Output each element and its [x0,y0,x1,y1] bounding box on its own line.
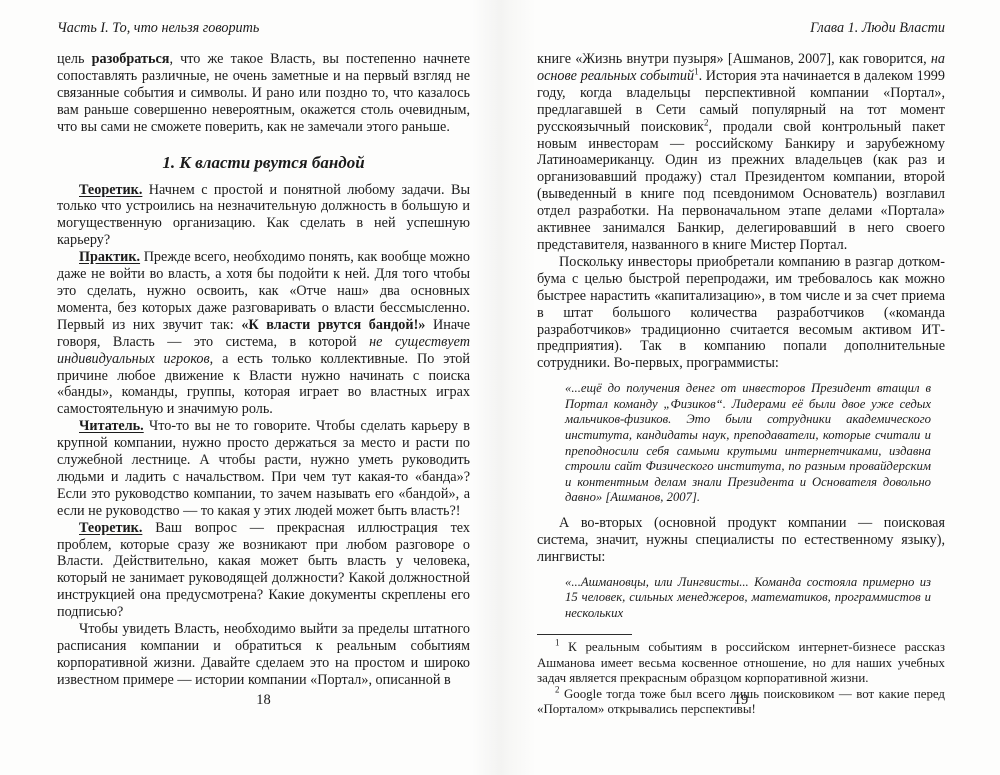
page-right-content: книге «Жизнь внутри пузыря» [Ашманов, 20… [537,51,945,718]
book-spread: Часть I. То, что нельзя говорить цель ра… [0,0,1000,775]
page-left-content: цель разобраться, что же такое Власть, в… [57,51,470,689]
running-head-right: Глава 1. Люди Власти [537,20,945,37]
section-heading: 1. К власти рвутся бандой [57,152,470,173]
footnote: 1 К реальным событиям в российском интер… [537,640,945,686]
book-gutter-shadow [472,0,536,775]
page-right: Глава 1. Люди Власти книге «Жизнь внутри… [537,20,945,718]
page-left: Часть I. То, что нельзя говорить цель ра… [57,20,470,689]
paragraph: Чтобы увидеть Власть, необходимо выйти з… [57,621,470,689]
footnote-separator [537,634,632,635]
paragraph: Теоретик. Ваш вопрос — прекрасная иллюст… [57,520,470,621]
quote-paragraph: «...ещё до получения денег от инвесторов… [565,381,931,506]
quote-paragraph: «...Ашмановцы, или Лингвисты... Команда … [565,575,931,622]
paragraph: А во-вторых (основной продукт компании —… [537,515,945,566]
paragraph: книге «Жизнь внутри пузыря» [Ашманов, 20… [537,51,945,254]
paragraph: Практик. Прежде всего, необходимо понять… [57,249,470,418]
paragraph: Поскольку инвесторы приобретали компанию… [537,254,945,372]
paragraph: цель разобраться, что же такое Власть, в… [57,51,470,136]
page-number-right: 19 [537,692,945,709]
running-head-left: Часть I. То, что нельзя говорить [57,20,470,37]
paragraph: Читатель. Что-то вы не то говорите. Чтоб… [57,418,470,519]
page-number-left: 18 [57,692,470,709]
paragraph: Теоретик. Начнем с простой и понятной лю… [57,182,470,250]
